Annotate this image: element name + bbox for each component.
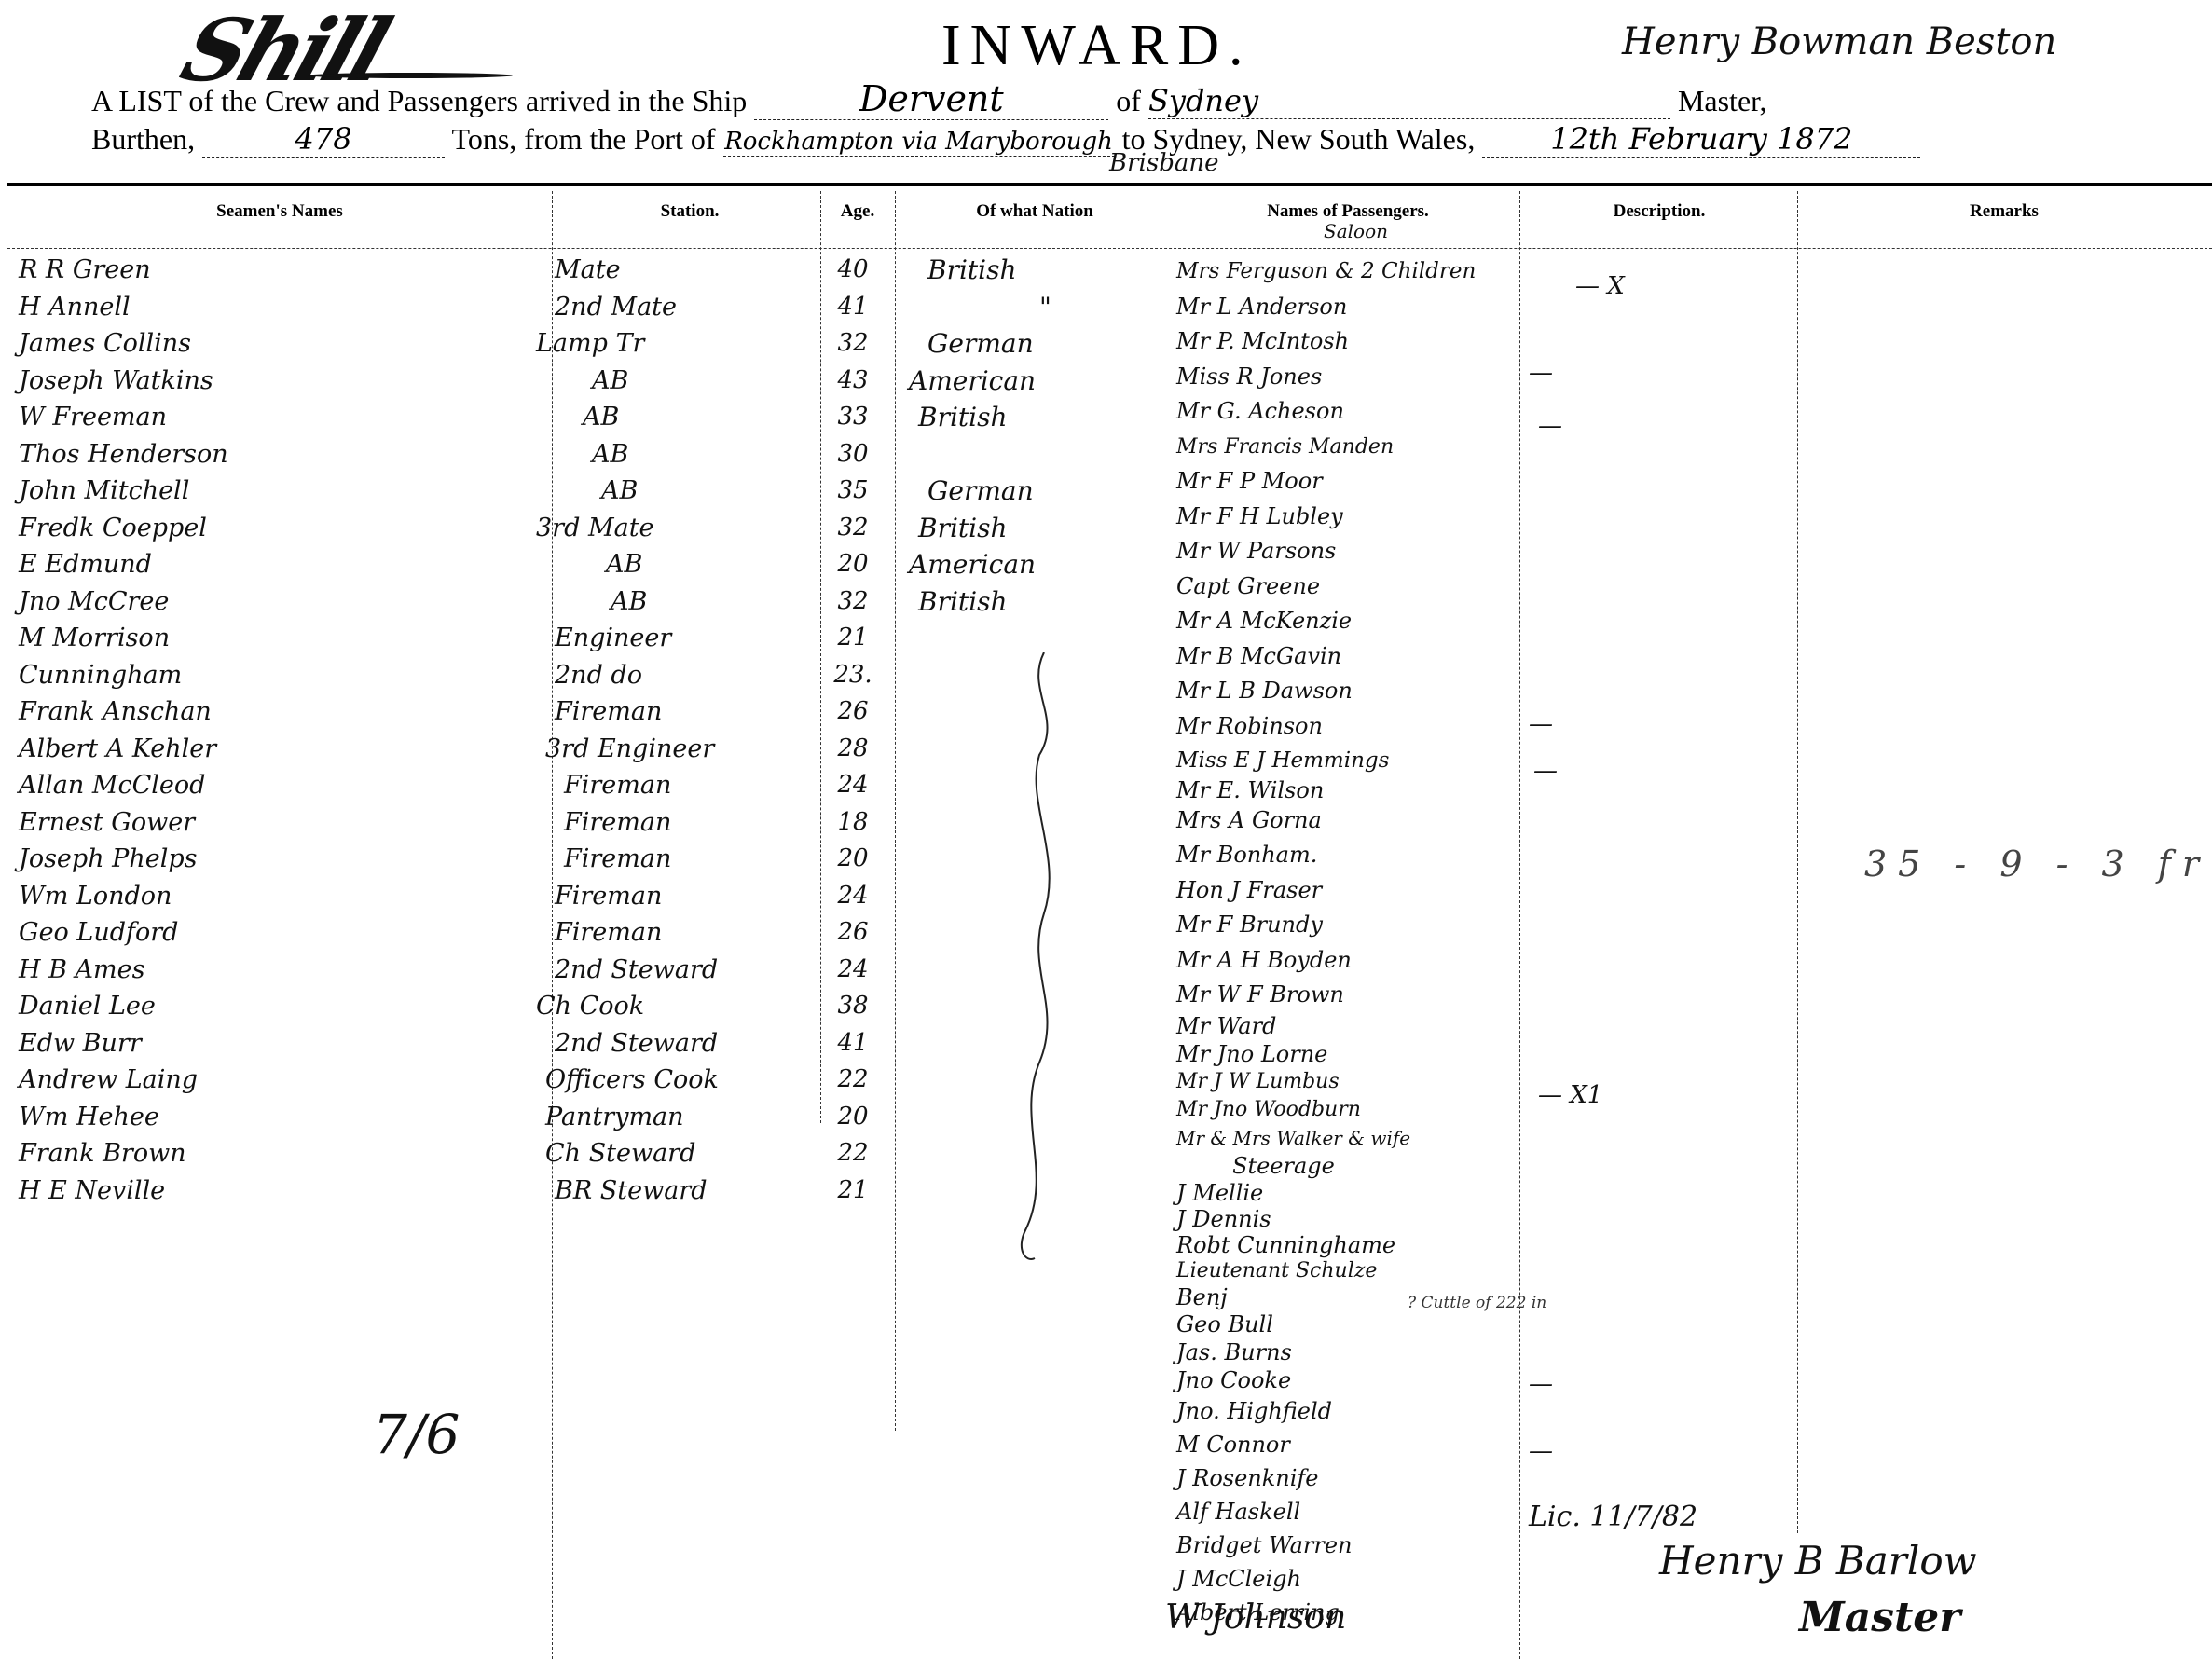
crew-station: 3rd Engineer xyxy=(536,731,816,768)
crew-nation: British xyxy=(909,510,1170,547)
crew-name: Albert A Kehler xyxy=(19,731,541,768)
burthen-value: 478 xyxy=(202,121,445,158)
crew-station: Officers Cook xyxy=(536,1062,816,1099)
passenger-name: Mr Bonham. xyxy=(1176,837,1521,872)
crew-name: Frank Anschan xyxy=(19,693,541,731)
master-signature: Henry B Barlow xyxy=(1659,1538,1977,1584)
crew-age: 21 xyxy=(816,620,890,657)
crew-station: Mate xyxy=(536,252,816,289)
crew-tally: 7/6 xyxy=(373,1403,460,1466)
ditto-mark-line xyxy=(988,652,1100,1268)
crew-age: 20 xyxy=(816,1099,890,1136)
crew-nation: British xyxy=(909,252,1170,289)
passenger-name: Mrs Francis Manden xyxy=(1176,429,1521,464)
crew-name: Thos Henderson xyxy=(19,436,541,473)
crew-station: Fireman xyxy=(536,841,816,878)
crew-station: 2nd do xyxy=(536,657,816,694)
licence-note: Lic. 11/7/82 xyxy=(1529,1501,1697,1533)
header-rule xyxy=(7,183,2212,186)
crew-nation: American xyxy=(909,546,1170,583)
passenger-name: J McCleigh xyxy=(1176,1562,1521,1596)
passenger-name: M Connor xyxy=(1176,1428,1521,1461)
crew-age: 32 xyxy=(816,510,890,547)
crew-station: 2nd Mate xyxy=(536,289,816,326)
crew-age: 41 xyxy=(816,1025,890,1063)
crew-name: Wm Hehee xyxy=(19,1099,541,1136)
crew-name: Fredk Coeppel xyxy=(19,510,541,547)
ship-name: Dervent xyxy=(754,78,1108,120)
column-header-station: Station. xyxy=(559,201,820,222)
crew-name: E Edmund xyxy=(19,546,541,583)
crew-age: 20 xyxy=(816,546,890,583)
document-title: INWARD. xyxy=(941,13,1252,79)
passenger-name: Mr Robinson xyxy=(1176,708,1521,744)
crew-name: H Annell xyxy=(19,289,541,326)
crew-age: 22 xyxy=(816,1135,890,1172)
from-port: Rockhampton via Maryborough xyxy=(723,128,1115,157)
crew-name: R R Green xyxy=(19,252,541,289)
passenger-name: Mr B McGavin xyxy=(1176,638,1521,674)
crew-nation: British xyxy=(909,583,1170,621)
passenger-name: Mr A McKenzie xyxy=(1176,603,1521,638)
passenger-name: Jno. Highfield xyxy=(1176,1394,1521,1428)
passenger-name: Steerage xyxy=(1176,1152,1521,1180)
crew-nation: " xyxy=(909,289,1170,326)
crew-nation xyxy=(909,436,1170,473)
from-port-sub: Brisbane xyxy=(1109,149,1218,177)
crew-station: 3rd Mate xyxy=(536,510,816,547)
passenger-description: ? Cuttle of 222 in xyxy=(1408,1294,1546,1312)
column-header-age: Age. xyxy=(820,201,895,222)
crew-age: 28 xyxy=(816,731,890,768)
passenger-name: Miss E J Hemmings xyxy=(1176,743,1521,778)
crew-station: Fireman xyxy=(536,804,816,842)
age-list: 40 41 32 43 33 30 35 32 20 32 21 23. 26 … xyxy=(816,252,890,1209)
tons-label: Tons, from the Port of xyxy=(452,122,716,156)
crew-station: Fireman xyxy=(536,914,816,952)
passenger-name: Mr W Parsons xyxy=(1176,533,1521,569)
crew-name: Joseph Phelps xyxy=(19,841,541,878)
passenger-name: J Mellie xyxy=(1176,1180,1521,1206)
passenger-name: Robt Cunninghame xyxy=(1176,1232,1521,1258)
crew-age: 26 xyxy=(816,693,890,731)
crew-station: Lamp Tr xyxy=(536,325,816,363)
crew-station: Fireman xyxy=(536,767,816,804)
passenger-name: Mr W F Brown xyxy=(1176,977,1521,1012)
crew-station: 2nd Steward xyxy=(536,952,816,989)
crew-name: H B Ames xyxy=(19,952,541,989)
home-port: Sydney xyxy=(1148,83,1670,119)
passenger-description: — xyxy=(1529,359,1553,387)
burthen-label: Burthen, xyxy=(91,122,195,156)
crew-name: Andrew Laing xyxy=(19,1062,541,1099)
passenger-name: Jno Cooke xyxy=(1176,1366,1521,1394)
crew-station: 2nd Steward xyxy=(536,1025,816,1063)
passenger-name: Mr E. Wilson xyxy=(1176,778,1521,802)
passenger-name: Miss R Jones xyxy=(1176,359,1521,394)
crew-age: 18 xyxy=(816,804,890,842)
passenger-name: Mr Ward xyxy=(1176,1012,1521,1040)
crew-station: AB xyxy=(536,436,816,473)
station-list: Mate 2nd Mate Lamp Tr AB AB AB AB 3rd Ma… xyxy=(536,252,816,1209)
crew-name: Edw Burr xyxy=(19,1025,541,1063)
crew-age: 23. xyxy=(816,657,890,694)
crew-name: Frank Brown xyxy=(19,1135,541,1172)
crew-station: AB xyxy=(536,363,816,400)
crew-name: Jno McCree xyxy=(19,583,541,621)
header-row-rule xyxy=(7,248,2212,250)
passenger-name: Mr Jno Woodburn xyxy=(1176,1096,1521,1124)
passenger-name: Mrs A Gorna xyxy=(1176,802,1521,838)
crew-name: Joseph Watkins xyxy=(19,363,541,400)
col-divider xyxy=(895,191,897,1431)
crew-station: Pantryman xyxy=(536,1099,816,1136)
list-prefix: A LIST of the Crew and Passengers arrive… xyxy=(91,84,747,117)
extra-passenger: W Johnson xyxy=(1165,1598,1346,1637)
crew-name: Allan McCleod xyxy=(19,767,541,804)
crew-name: H E Neville xyxy=(19,1172,541,1210)
crew-nation: American xyxy=(909,363,1170,400)
crew-station: AB xyxy=(536,473,816,510)
passenger-name: Mr L B Dawson xyxy=(1176,673,1521,708)
crew-station: Fireman xyxy=(536,878,816,915)
crew-age: 35 xyxy=(816,473,890,510)
passenger-description: — X xyxy=(1575,272,1625,300)
master-label: Master, xyxy=(1678,84,1767,117)
crew-name: Geo Ludford xyxy=(19,914,541,952)
passenger-name: Hon J Fraser xyxy=(1176,872,1521,908)
seamen-list: R R Green H Annell James Collins Joseph … xyxy=(19,252,541,1209)
crew-nation: British xyxy=(909,399,1170,436)
column-header-seamen: Seamen's Names xyxy=(93,201,466,222)
crew-nation: German xyxy=(909,473,1170,510)
passenger-name: Mr A H Boyden xyxy=(1176,942,1521,978)
passenger-description: — xyxy=(1529,710,1553,738)
crew-age: 30 xyxy=(816,436,890,473)
crew-age: 32 xyxy=(816,325,890,363)
crew-station: Ch Steward xyxy=(536,1135,816,1172)
master-name: Henry Bowman Beston xyxy=(1622,21,2056,63)
passenger-name: Mr F P Moor xyxy=(1176,463,1521,499)
crew-station: AB xyxy=(536,546,816,583)
header-line-2: Burthen, 478 Tons, from the Port of Rock… xyxy=(91,121,1920,158)
crew-age: 24 xyxy=(816,878,890,915)
crew-name: Ernest Gower xyxy=(19,804,541,842)
passenger-name: Alf Haskell xyxy=(1176,1495,1521,1529)
passenger-description: — xyxy=(1533,757,1558,785)
passenger-name: Geo Bull xyxy=(1176,1310,1521,1338)
passenger-name: Mr F Brundy xyxy=(1176,907,1521,942)
crew-age: 38 xyxy=(816,988,890,1025)
column-header-remarks: Remarks xyxy=(1799,201,2209,222)
remarks-note: 35 - 9 - 3 fr xyxy=(1864,843,2210,884)
passenger-name: Jas. Burns xyxy=(1176,1338,1521,1366)
column-header-passengers: Names of Passengers. xyxy=(1176,201,1519,222)
crew-name: Cunningham xyxy=(19,657,541,694)
passenger-name: Mr F H Lubley xyxy=(1176,499,1521,534)
passenger-name: J Dennis xyxy=(1176,1206,1521,1232)
passengers-list: Mrs Ferguson & 2 Children Mr L Anderson … xyxy=(1176,254,1521,1629)
crew-name: W Freeman xyxy=(19,399,541,436)
crew-name: James Collins xyxy=(19,325,541,363)
master-signature-title: Master xyxy=(1799,1594,1961,1641)
crew-name: Daniel Lee xyxy=(19,988,541,1025)
crew-age: 24 xyxy=(816,952,890,989)
crew-age: 43 xyxy=(816,363,890,400)
passenger-description: — X1 xyxy=(1538,1081,1602,1109)
crew-station: BR Steward xyxy=(536,1172,816,1210)
passenger-name: Mr Jno Lorne xyxy=(1176,1040,1521,1068)
crew-name: Wm London xyxy=(19,878,541,915)
crew-age: 21 xyxy=(816,1172,890,1210)
crew-age: 33 xyxy=(816,399,890,436)
crew-age: 24 xyxy=(816,767,890,804)
passenger-name: J Rosenknife xyxy=(1176,1461,1521,1495)
column-header-nation: Of what Nation xyxy=(895,201,1175,222)
passenger-name: Mr P. McIntosh xyxy=(1176,323,1521,359)
of-label: of xyxy=(1116,84,1141,117)
passenger-name: Mr & Mrs Walker & wife xyxy=(1176,1124,1521,1152)
passenger-name: Bridget Warren xyxy=(1176,1529,1521,1562)
header-line-1: A LIST of the Crew and Passengers arrive… xyxy=(91,78,1767,120)
passengers-class-note: Saloon xyxy=(1324,220,1388,242)
crew-name: John Mitchell xyxy=(19,473,541,510)
passenger-description: — xyxy=(1529,1370,1553,1398)
crew-age: 32 xyxy=(816,583,890,621)
passenger-name: Mrs Ferguson & 2 Children xyxy=(1176,254,1521,289)
crew-age: 40 xyxy=(816,252,890,289)
crew-station: AB xyxy=(536,583,816,621)
crew-station: Engineer xyxy=(536,620,816,657)
passenger-name: Capt Greene xyxy=(1176,569,1521,604)
passenger-name: Mr G. Acheson xyxy=(1176,393,1521,429)
crew-age: 41 xyxy=(816,289,890,326)
passenger-name: Mr L Anderson xyxy=(1176,289,1521,324)
crew-station: Fireman xyxy=(536,693,816,731)
passenger-name: Mr J W Lumbus xyxy=(1176,1068,1521,1096)
crew-station: AB xyxy=(536,399,816,436)
col-divider xyxy=(1797,191,1799,1533)
column-header-description: Description. xyxy=(1521,201,1797,222)
nation-list: British " German American British German… xyxy=(909,252,1170,620)
crew-age: 26 xyxy=(816,914,890,952)
crew-age: 22 xyxy=(816,1062,890,1099)
crew-nation: German xyxy=(909,325,1170,363)
passenger-name: Lieutenant Schulze xyxy=(1176,1258,1521,1284)
crew-age: 20 xyxy=(816,841,890,878)
passenger-description: — xyxy=(1529,1437,1553,1465)
crew-name: M Morrison xyxy=(19,620,541,657)
passenger-description: — xyxy=(1538,412,1562,440)
arrival-date: 12th February 1872 xyxy=(1482,121,1920,158)
crew-station: Ch Cook xyxy=(536,988,816,1025)
